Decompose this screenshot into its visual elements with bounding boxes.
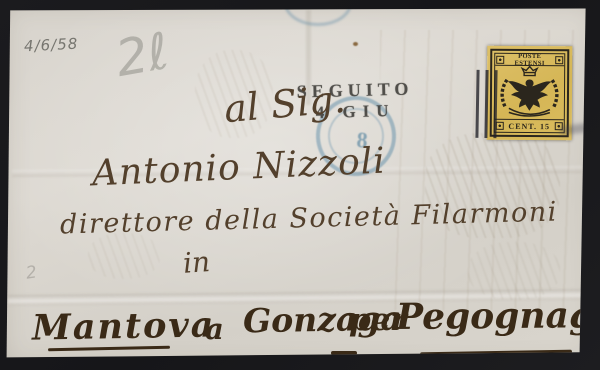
dest-final-town: Pegognaga [396,294,600,338]
stamp-country-label: POSTE ESTENSI [504,52,555,66]
paper-stain [353,42,358,46]
stamp-corner-ornament-icon [555,56,563,64]
address-name: Antonio Nizzoli [91,141,386,195]
showthrough-hatch-4 [468,242,560,300]
address-in: in [182,245,211,280]
stamp-corner-ornament-icon [496,55,504,63]
stamp-bottom-band: CENT. 15 [495,119,564,132]
pencil-scribble: 2ℓ [111,22,173,88]
pencil-scribble-small: 2 [25,262,39,283]
letter-sheet: 4/6/58 2ℓ 2 8 SEGUITO 4 GIU al Sig. Anto… [0,0,600,370]
partial-cds-postmark [284,0,352,26]
barred-cancel-postmark [475,70,498,138]
showthrough-hatch-3 [88,233,160,279]
underline-pegognaga [420,350,572,357]
dest-conj-a: a [205,312,224,346]
eagle-crown-laurel-icon [495,66,564,119]
stamp-top-band: POSTE ESTENSI [495,54,564,66]
stamp-value-label: CENT. 15 [504,121,555,130]
dest-city: Mantova [32,304,216,348]
underline-dash [331,351,357,355]
stamp-vignette [495,66,564,119]
pencil-date-annotation: 4/6/58 [24,35,79,56]
